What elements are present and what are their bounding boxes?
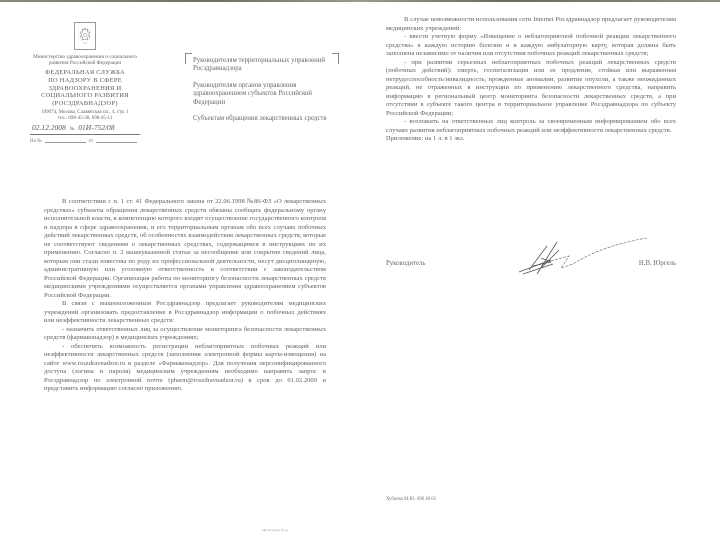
letter-body-page-1: В соответствии с п. 1 ст. 41 Федеральног… (44, 198, 326, 394)
registration-number: 01И-752/08 (78, 123, 114, 132)
paragraph: В соответствии с п. 1 ст. 41 Федеральног… (44, 198, 326, 300)
paragraph-bullet: - при развитии серьезных неблагоприятных… (386, 59, 676, 119)
paragraph-bullet: - ввести учетную форму «Извещение о небл… (386, 33, 676, 59)
addressee: Руководителям территориальных управлений… (193, 57, 333, 74)
in-ref-blank (45, 139, 86, 143)
page-1: Министерство здравоохранения и социально… (0, 0, 360, 540)
paragraph-bullet: - назначить ответственных лиц за осущест… (44, 326, 326, 343)
registration-date: 02.12.2008 (32, 123, 66, 132)
registration-number-label: № (70, 127, 75, 132)
letterhead: Министерство здравоохранения и социально… (30, 22, 140, 145)
addressee-bracket-left (185, 53, 192, 64)
page-2: В случае невозможности использования сет… (360, 0, 720, 540)
service-line: ФЕДЕРАЛЬНАЯ СЛУЖБА (30, 69, 140, 77)
paragraph-bullet: - возложить на ответственных лиц контрол… (386, 118, 676, 135)
addressee: Субъектам обращения лекарственных средст… (193, 115, 333, 123)
handwritten-signature-icon (511, 234, 651, 279)
paragraph: В связи с вышеизложенным Росздравнадзор … (44, 300, 326, 326)
service-line: ПО НАДЗОРУ В СФЕРЕ (30, 77, 140, 85)
in-ref-label: На № (30, 139, 42, 145)
signature-block: Руководитель Н.В. Юргель (386, 254, 676, 284)
service-name: ФЕДЕРАЛЬНАЯ СЛУЖБА ПО НАДЗОРУ В СФЕРЕ ЗД… (30, 69, 140, 107)
page-footer-note: рвв мтордея ба.ра (262, 528, 288, 532)
in-ref-from-blank (96, 139, 137, 143)
service-line: ЗДРАВООХРАНЕНИЯ И (30, 85, 140, 93)
russian-coat-of-arms-icon (74, 22, 96, 50)
paragraph: В случае невозможности использования сет… (386, 16, 676, 33)
address: 109074, Москва, Славянская пл., 4, стр. … (30, 110, 140, 122)
addressee-bracket-right (332, 53, 339, 64)
incoming-reference: На № от (30, 139, 140, 145)
registration-line: 02.12.2008 № 01И-752/08 (30, 125, 140, 134)
ministry-name: Министерство здравоохранения и социально… (30, 54, 140, 66)
addressee-block: Руководителям территориальных управлений… (193, 57, 333, 131)
address-phone: тел.: 698-45-38, 698-45-11 (30, 116, 140, 122)
attachment-note: Приложение: на 1 л. в 1 экз. (386, 135, 676, 144)
executor-contact: Хубиева М.Ю. 698 48 63 (386, 497, 436, 502)
signatory-name: Н.В. Юргель (639, 260, 676, 267)
signatory-title: Руководитель (386, 260, 425, 267)
service-line: (РОСЗДРАВНАДЗОР) (30, 100, 140, 108)
addressee: Руководителям органов управления здравоо… (193, 82, 333, 107)
paragraph-bullet: - обеспечить возможность регистрации неб… (44, 343, 326, 394)
letter-body-page-2: В случае невозможности использования сет… (386, 16, 676, 144)
service-line: СОЦИАЛЬНОГО РАЗВИТИЯ (30, 92, 140, 100)
in-ref-from-label: от (89, 139, 94, 145)
